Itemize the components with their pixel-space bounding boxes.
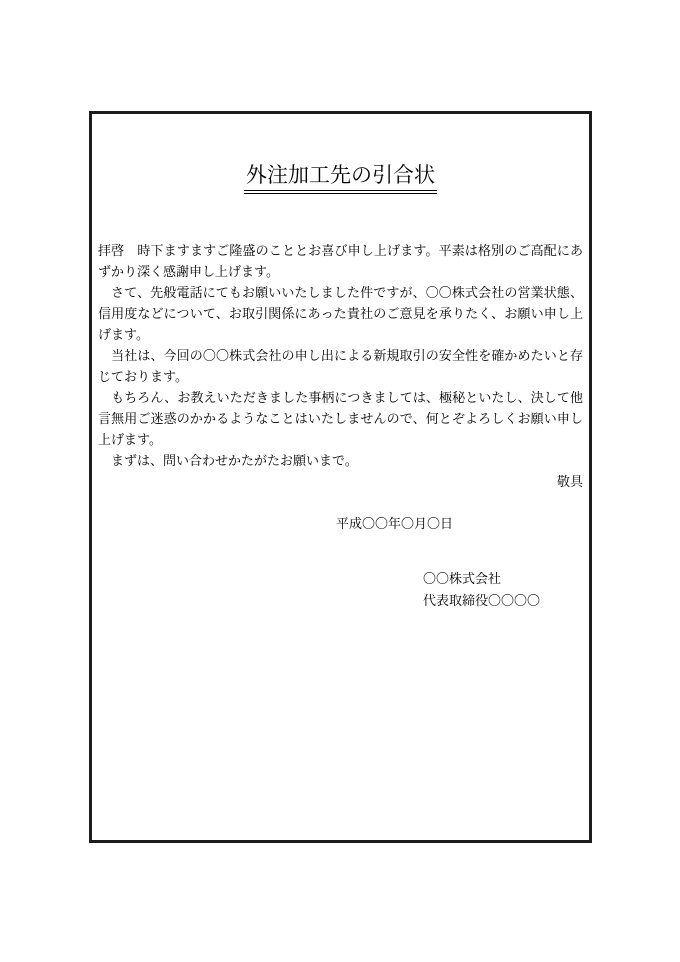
title-row: 外注加工先の引合状 <box>98 164 583 194</box>
body-paragraph-request: さて、先般電話にてもお願いいたしました件ですが、〇〇株式会社の営業状態、信用度な… <box>98 282 583 345</box>
date-line: 平成〇〇年〇月〇日 <box>98 513 583 534</box>
document-border-frame: 外注加工先の引合状 拝啓 時下ますますご隆盛のこととお喜び申し上げます。平素は格… <box>89 111 592 843</box>
body-paragraph-greeting: 拝啓 時下ますますご隆盛のこととお喜び申し上げます。平素は格別のご高配にあずかり… <box>98 240 583 282</box>
document-page: 外注加工先の引合状 拝啓 時下ますますご隆盛のこととお喜び申し上げます。平素は格… <box>0 0 680 962</box>
body-paragraph-purpose: 当社は、今回の〇〇株式会社の申し出による新規取引の安全性を確かめたいと存じており… <box>98 345 583 387</box>
letter-body: 拝啓 時下ますますご隆盛のこととお喜び申し上げます。平素は格別のご高配にあずかり… <box>98 240 583 471</box>
sender-block: 〇〇株式会社 代表取締役〇〇〇〇 <box>98 568 583 612</box>
body-paragraph-confidentiality: もちろん、お教えいただきました事柄につきましては、極秘といたし、決して他言無用ご… <box>98 387 583 450</box>
closing-keigu: 敬具 <box>98 471 583 492</box>
sender-company: 〇〇株式会社 <box>423 568 583 590</box>
body-paragraph-closing-remark: まずは、問い合わせかたがたお願いまで。 <box>98 450 583 471</box>
document-title: 外注加工先の引合状 <box>244 164 437 194</box>
sender-representative: 代表取締役〇〇〇〇 <box>423 590 583 612</box>
